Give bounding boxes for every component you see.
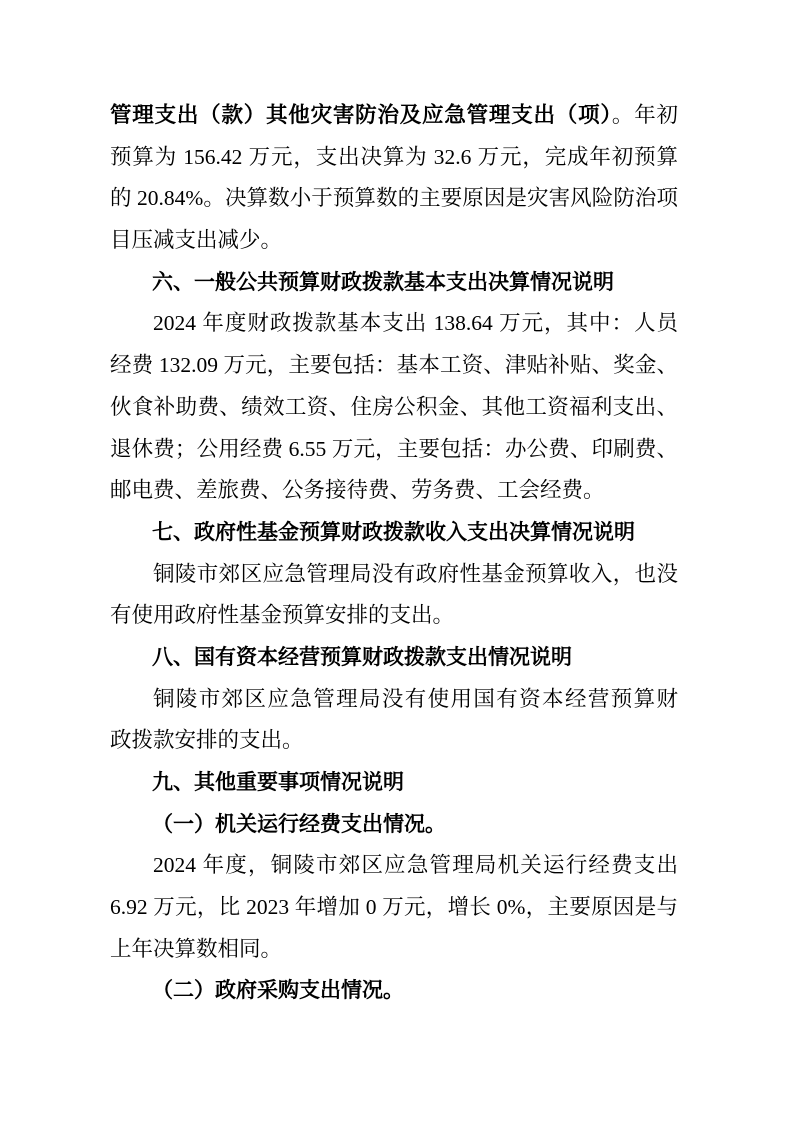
text-line: 退休费；公用经费 6.55 万元，主要包括：办公费、印刷费、	[110, 429, 678, 471]
text-line: 6.92 万元，比 2023 年增加 0 万元，增长 0%，主要原因是与	[110, 887, 678, 929]
text-line: 政拨款安排的支出。	[110, 720, 678, 762]
text-segment: 2024 年度财政拨款基本支出 138.64 万元，其中：人员	[153, 311, 678, 335]
text-line: 邮电费、差旅费、公务接待费、劳务费、工会经费。	[110, 470, 678, 512]
text-segment: 管理支出（款）其他灾害防治及应急管理支出（项）	[110, 103, 612, 127]
text-line: 九、其他重要事项情况说明	[110, 762, 678, 804]
text-segment: 6.92 万元，比 2023 年增加 0 万元，增长 0%，主要原因是与	[110, 895, 678, 919]
text-line: 七、政府性基金预算财政拨款收入支出决算情况说明	[110, 512, 678, 554]
text-segment: 预算为 156.42 万元，支出决算为 32.6 万元，完成年初预算	[110, 145, 678, 169]
text-line: 铜陵市郊区应急管理局没有政府性基金预算收入，也没	[110, 554, 678, 596]
text-segment: 上年决算数相同。	[110, 937, 282, 961]
document-body: 管理支出（款）其他灾害防治及应急管理支出（项）。年初预算为 156.42 万元，…	[110, 95, 678, 1012]
text-segment: 七、政府性基金预算财政拨款收入支出决算情况说明	[152, 521, 635, 544]
text-segment: 政拨款安排的支出。	[110, 728, 304, 752]
text-line: 2024 年度，铜陵市郊区应急管理局机关运行经费支出	[110, 845, 678, 887]
text-segment: （一）机关运行经费支出情况。	[152, 812, 446, 836]
text-segment: 伙食补助费、绩效工资、住房公积金、其他工资福利支出、	[110, 395, 678, 419]
text-segment: 八、国有资本经营预算财政拨款支出情况说明	[152, 646, 572, 669]
text-segment: 邮电费、差旅费、公务接待费、劳务费、工会经费。	[110, 478, 605, 502]
text-line: 2024 年度财政拨款基本支出 138.64 万元，其中：人员	[110, 303, 678, 345]
text-line: 有使用政府性基金预算安排的支出。	[110, 595, 678, 637]
text-segment: 经费 132.09 万元，主要包括：基本工资、津贴补贴、奖金、	[110, 353, 678, 377]
text-segment: 铜陵市郊区应急管理局没有使用国有资本经营预算财	[153, 687, 678, 711]
text-line: 八、国有资本经营预算财政拨款支出情况说明	[110, 637, 678, 679]
text-line: 上年决算数相同。	[110, 929, 678, 971]
text-segment: 退休费；公用经费 6.55 万元，主要包括：办公费、印刷费、	[110, 437, 678, 461]
text-line: 的 20.84%。决算数小于预算数的主要原因是灾害风险防治项	[110, 178, 678, 220]
text-line: （一）机关运行经费支出情况。	[110, 804, 678, 846]
text-segment: 有使用政府性基金预算安排的支出。	[110, 603, 454, 627]
text-segment: 九、其他重要事项情况说明	[152, 771, 404, 794]
text-line: 铜陵市郊区应急管理局没有使用国有资本经营预算财	[110, 679, 678, 721]
text-segment: 2024 年度，铜陵市郊区应急管理局机关运行经费支出	[153, 853, 678, 877]
text-line: 目压减支出减少。	[110, 220, 678, 262]
text-segment: 目压减支出减少。	[110, 228, 282, 252]
text-line: 经费 132.09 万元，主要包括：基本工资、津贴补贴、奖金、	[110, 345, 678, 387]
text-line: 六、一般公共预算财政拨款基本支出决算情况说明	[110, 262, 678, 304]
text-segment: 。年初	[612, 103, 678, 127]
text-line: 管理支出（款）其他灾害防治及应急管理支出（项）。年初	[110, 95, 678, 137]
text-segment: 六、一般公共预算财政拨款基本支出决算情况说明	[152, 271, 614, 294]
document-page: 管理支出（款）其他灾害防治及应急管理支出（项）。年初预算为 156.42 万元，…	[0, 0, 793, 1122]
text-line: （二）政府采购支出情况。	[110, 970, 678, 1012]
text-segment: （二）政府采购支出情况。	[152, 978, 404, 1002]
text-segment: 的 20.84%。决算数小于预算数的主要原因是灾害风险防治项	[110, 186, 678, 210]
text-line: 伙食补助费、绩效工资、住房公积金、其他工资福利支出、	[110, 387, 678, 429]
text-segment: 铜陵市郊区应急管理局没有政府性基金预算收入，也没	[153, 562, 678, 586]
text-line: 预算为 156.42 万元，支出决算为 32.6 万元，完成年初预算	[110, 137, 678, 179]
